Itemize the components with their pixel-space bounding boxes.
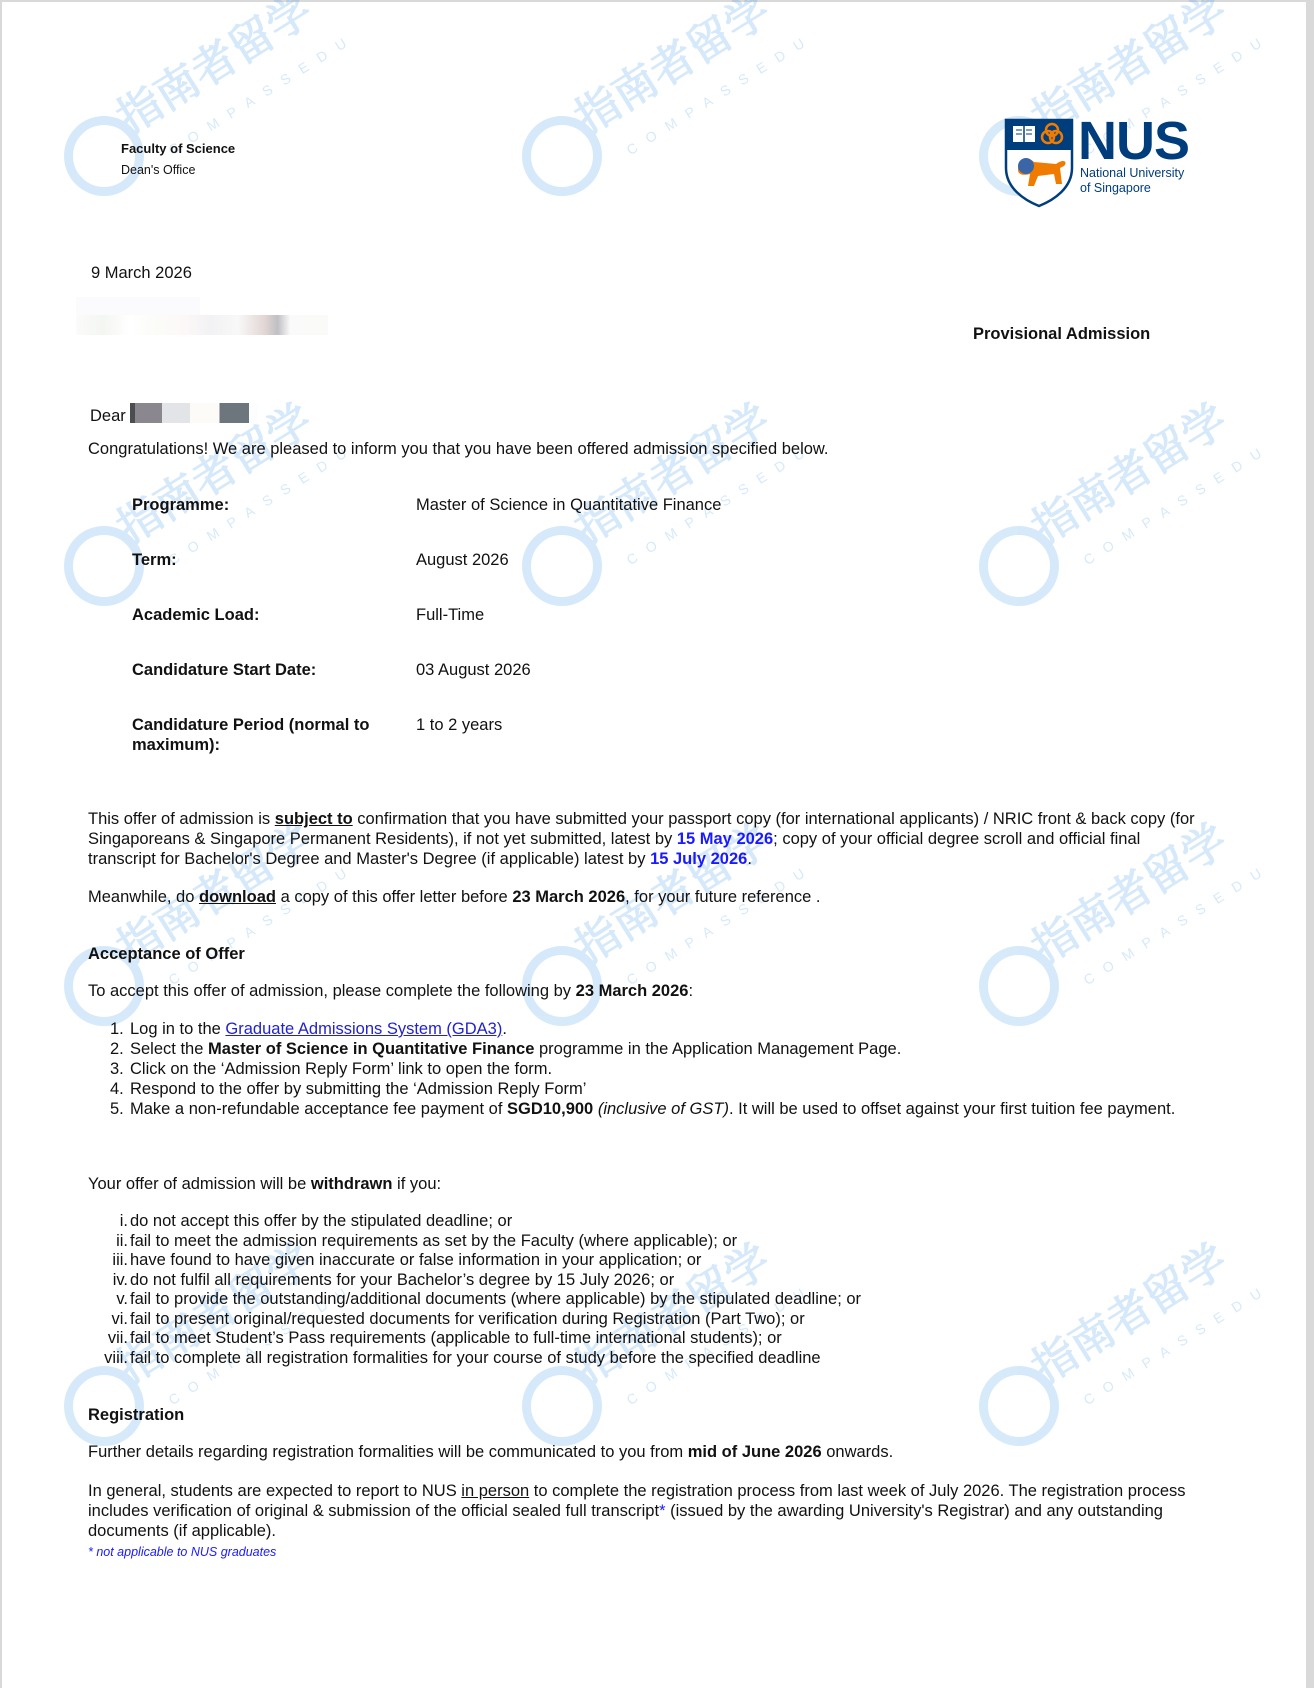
step-emphasis: Master of Science in Quantitative Financ… xyxy=(208,1040,534,1058)
nus-logo: NUS National University of Singapore xyxy=(1004,116,1204,206)
detail-value: Full-Time xyxy=(416,605,484,625)
step-note: (inclusive of GST) xyxy=(593,1100,729,1118)
letter-date: 9 March 2026 xyxy=(91,263,192,283)
detail-value: 1 to 2 years xyxy=(416,715,502,735)
acceptance-intro: To accept this offer of admission, pleas… xyxy=(88,981,693,1001)
acceptance-step: 3.Click on the ‘Admission Reply Form’ li… xyxy=(88,1059,1198,1079)
watermark-logo-icon xyxy=(64,116,144,196)
nus-name-line1: National University xyxy=(1080,166,1184,180)
office-name: Dean's Office xyxy=(121,163,195,177)
nus-crest-icon xyxy=(1004,118,1074,208)
download-paragraph: Meanwhile, do download a copy of this of… xyxy=(88,887,820,907)
acceptance-steps: 1.Log in to the Graduate Admissions Syst… xyxy=(88,1019,1198,1119)
watermark-logo-icon xyxy=(522,116,602,196)
withdrawn-emphasis: withdrawn xyxy=(311,1175,393,1193)
registration-heading: Registration xyxy=(88,1405,184,1425)
faculty-name: Faculty of Science xyxy=(121,141,235,156)
withdrawal-condition: i.do not accept this offer by the stipul… xyxy=(88,1212,1198,1232)
watermark-logo-icon xyxy=(979,1366,1059,1446)
step-emphasis: SGD10,900 xyxy=(507,1100,593,1118)
acceptance-heading: Acceptance of Offer xyxy=(88,944,245,964)
gda3-link[interactable]: Graduate Admissions System (GDA3) xyxy=(225,1020,502,1038)
download-deadline: 23 March 2026 xyxy=(512,888,625,906)
registration-paragraph-1: Further details regarding registration f… xyxy=(88,1442,893,1462)
nus-name-line2: of Singapore xyxy=(1080,181,1151,195)
conditions-paragraph: This offer of admission is subject to co… xyxy=(88,809,1208,869)
withdrawal-condition: ii.fail to meet the admission requiremen… xyxy=(88,1232,1198,1252)
intro-text: Congratulations! We are pleased to infor… xyxy=(88,439,829,459)
detail-label: Term: xyxy=(132,550,402,570)
acceptance-step: 1.Log in to the Graduate Admissions Syst… xyxy=(88,1019,1198,1039)
watermark-logo-icon xyxy=(522,1366,602,1446)
withdrawal-condition: viii.fail to complete all registration f… xyxy=(88,1349,1198,1369)
detail-label: Candidature Start Date: xyxy=(132,660,402,680)
download-emphasis: download xyxy=(199,888,276,906)
document-type: Provisional Admission xyxy=(973,324,1150,344)
detail-label: Academic Load: xyxy=(132,605,402,625)
nus-wordmark: NUS xyxy=(1078,110,1189,172)
acceptance-step: 4.Respond to the offer by submitting the… xyxy=(88,1079,1198,1099)
detail-label: Programme: xyxy=(132,495,402,515)
in-person-emphasis: in person xyxy=(461,1482,529,1500)
detail-value: August 2026 xyxy=(416,550,509,570)
salutation: Dear xyxy=(90,403,258,426)
withdrawal-condition: iii.have found to have given inaccurate … xyxy=(88,1251,1198,1271)
withdrawal-condition: vii.fail to meet Student’s Pass requirem… xyxy=(88,1329,1198,1349)
withdrawal-conditions: i.do not accept this offer by the stipul… xyxy=(88,1212,1198,1368)
acceptance-deadline: 23 March 2026 xyxy=(576,982,689,1000)
footnote: * not applicable to NUS graduates xyxy=(88,1545,276,1559)
redacted-name xyxy=(130,403,258,423)
withdrawal-condition: iv.do not fulfil all requirements for yo… xyxy=(88,1271,1198,1291)
detail-value: Master of Science in Quantitative Financ… xyxy=(416,495,721,515)
detail-value: 03 August 2026 xyxy=(416,660,531,680)
watermark-logo-icon xyxy=(522,526,602,606)
acceptance-step: 2.Select the Master of Science in Quanti… xyxy=(88,1039,1198,1059)
registration-paragraph-2: In general, students are expected to rep… xyxy=(88,1481,1208,1541)
registration-date: mid of June 2026 xyxy=(688,1443,822,1461)
watermark-logo-icon xyxy=(979,526,1059,606)
acceptance-step: 5.Make a non-refundable acceptance fee p… xyxy=(88,1099,1198,1119)
withdrawal-condition: v.fail to provide the outstanding/additi… xyxy=(88,1290,1198,1310)
watermark-logo-icon xyxy=(979,946,1059,1026)
withdrawal-intro: Your offer of admission will be withdraw… xyxy=(88,1174,441,1194)
deadline-passport: 15 May 2026 xyxy=(677,830,773,848)
subject-to-emphasis: subject to xyxy=(275,810,353,828)
salutation-text: Dear xyxy=(90,407,126,425)
deadline-transcript: 15 July 2026 xyxy=(650,850,747,868)
withdrawal-condition: vi.fail to present original/requested do… xyxy=(88,1310,1198,1330)
detail-label: Candidature Period (normal to maximum): xyxy=(132,715,392,755)
